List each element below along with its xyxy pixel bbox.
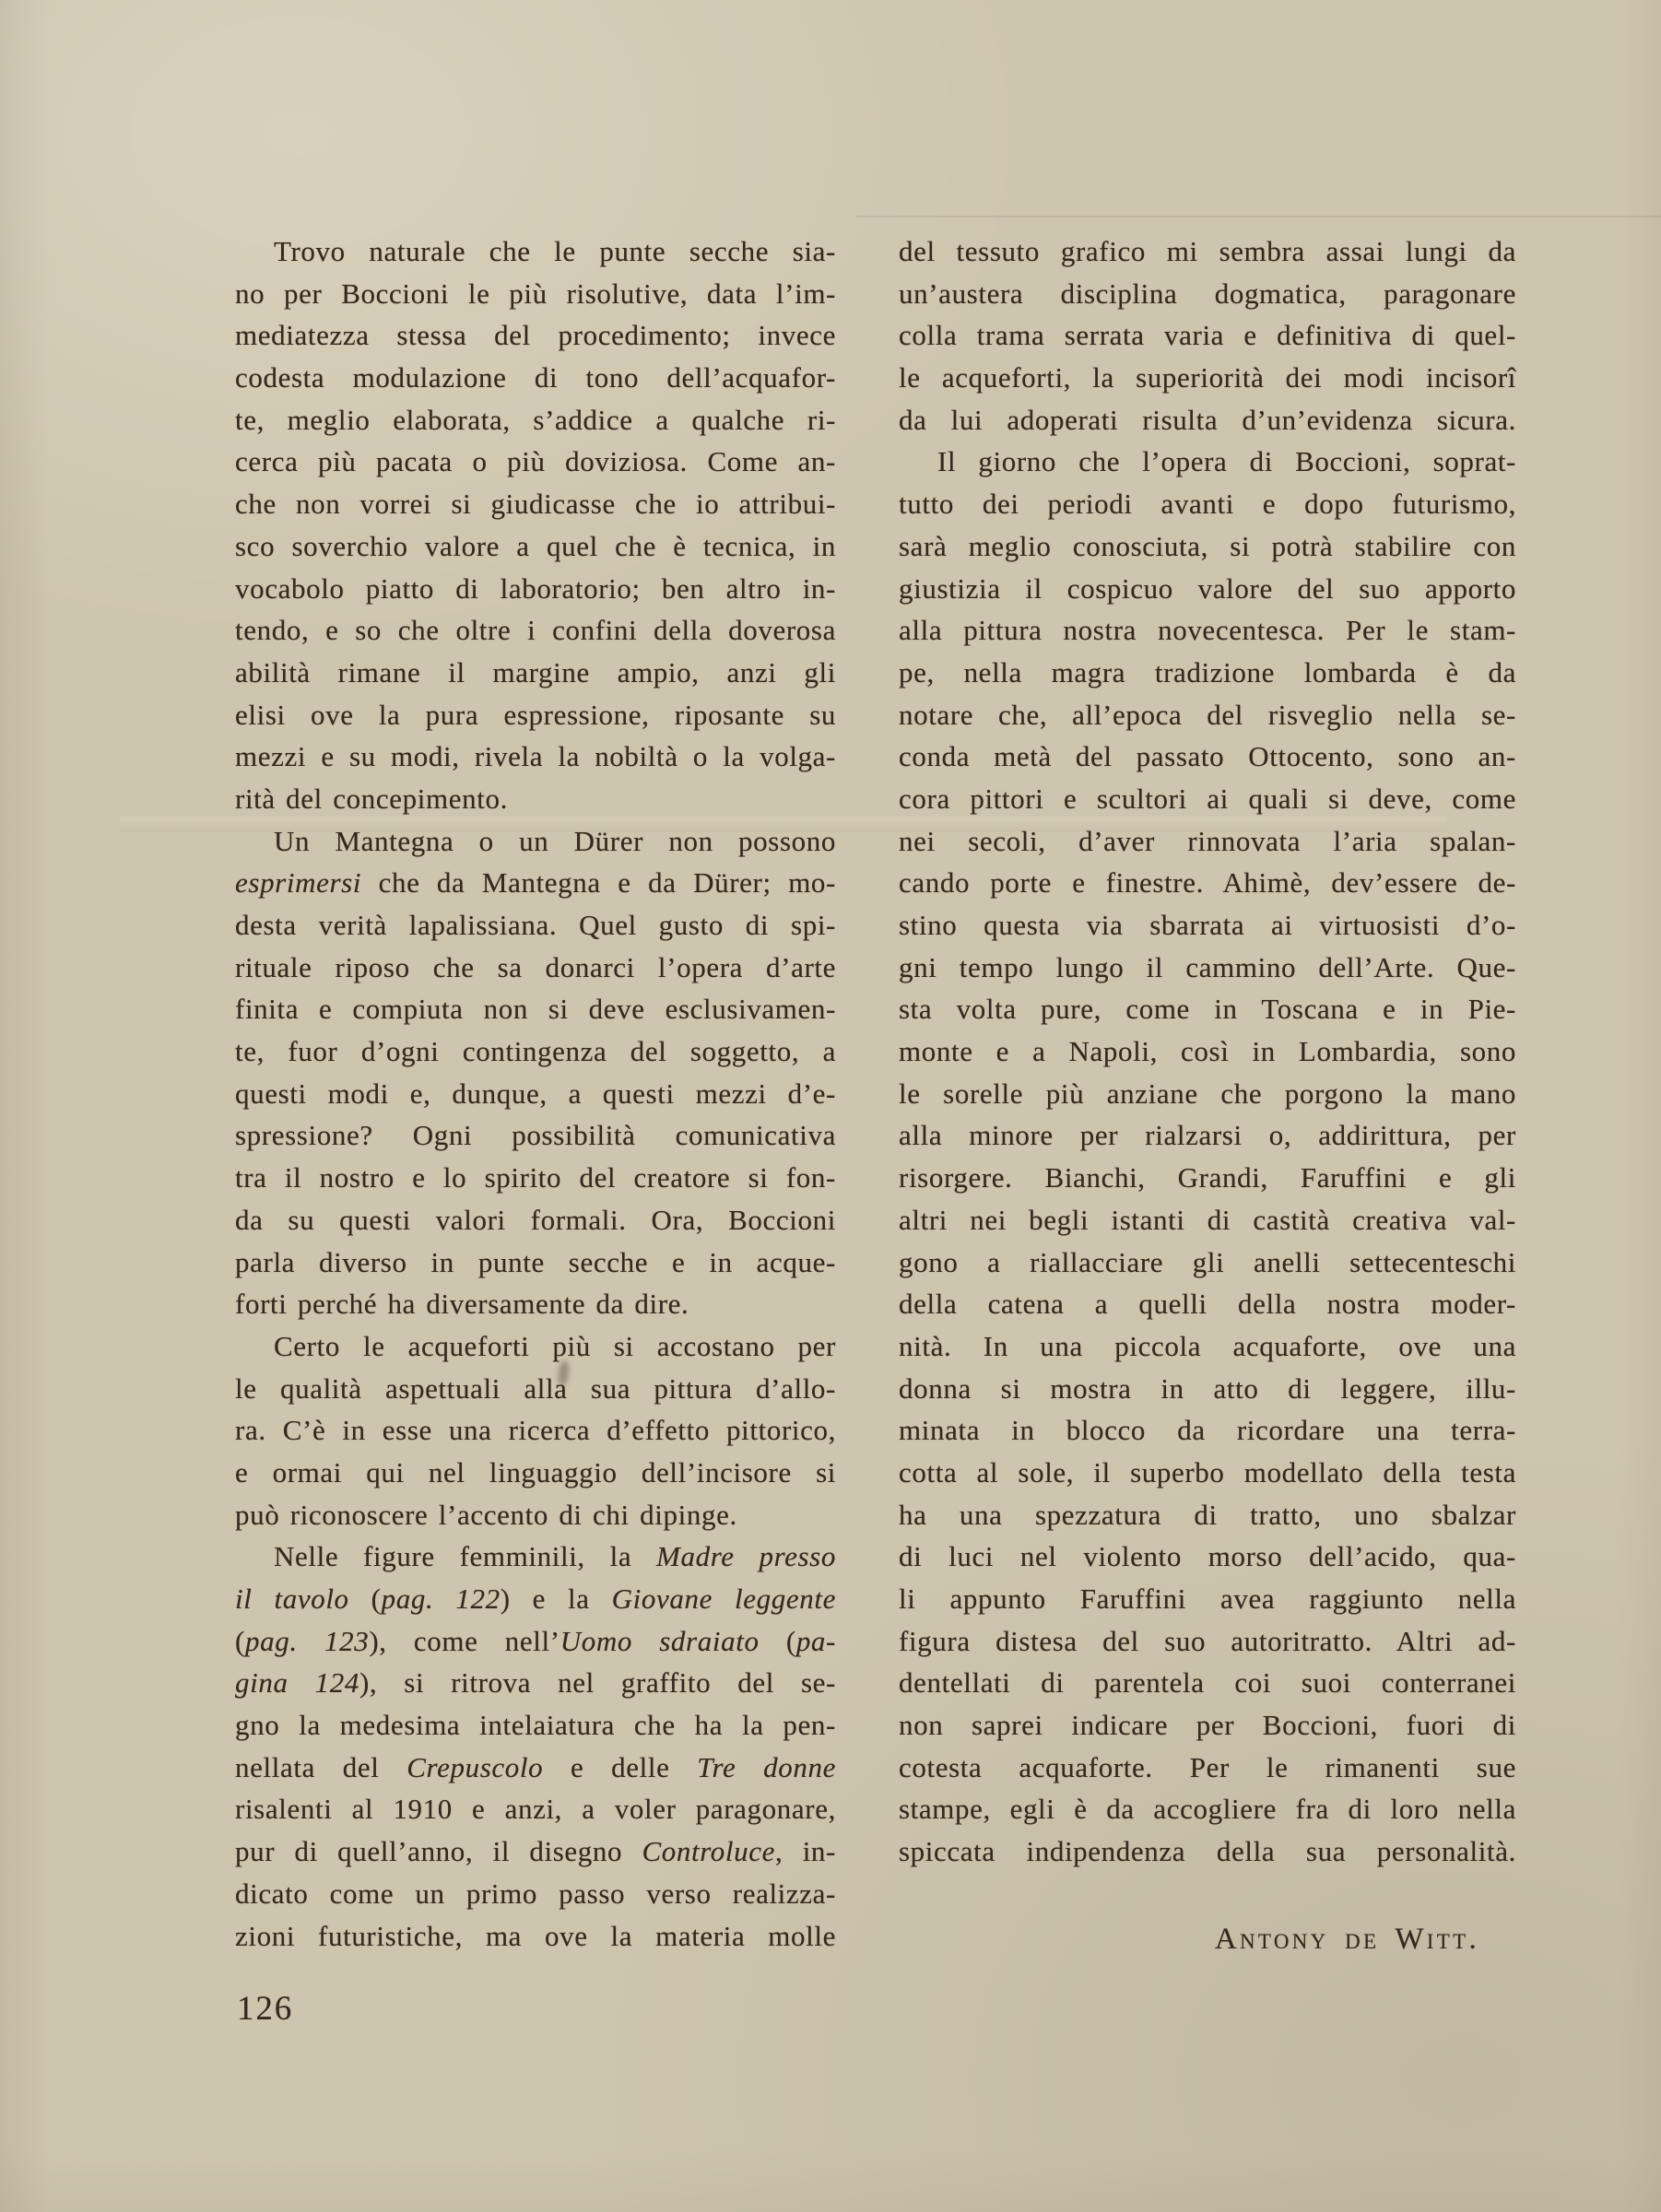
text-segment: conda metà del passato Ottocento, sono a… — [899, 740, 1516, 772]
text-segment: può riconoscere l’accento di chi dipinge… — [235, 1499, 737, 1531]
text-segment: mezzi e su modi, rivela la nobiltà o la … — [235, 740, 836, 772]
text-segment: ha una spezzatura di tratto, uno sbalzar — [899, 1499, 1516, 1531]
text-segment: le acqueforti, la superiorità dei modi i… — [899, 361, 1516, 394]
text-segment: spiccata indipendenza della sua personal… — [899, 1835, 1516, 1867]
text-segment: elisi ove la pura espressione, riposante… — [235, 699, 836, 731]
text-segment: della catena a quelli della nostra moder… — [899, 1288, 1516, 1320]
text-line: non saprei indicare per Boccioni, fuori … — [899, 1704, 1516, 1747]
column-right-lines: del tessuto grafico mi sembra assai lung… — [899, 230, 1516, 1873]
text-line: ha una spezzatura di tratto, uno sbalzar — [899, 1494, 1516, 1536]
text-segment: pe, nella magra tradizione lombarda è da — [899, 656, 1516, 688]
text-segment: alla minore per rialzarsi o, addirittura… — [899, 1119, 1516, 1151]
text-line: parla diverso in punte secche e in acque… — [235, 1241, 836, 1284]
text-line: di luci nel violento morso dell’acido, q… — [899, 1535, 1516, 1578]
text-column-right: del tessuto grafico mi sembra assai lung… — [899, 230, 1516, 1961]
text-segment: e ormai qui nel linguaggio dell’incisore… — [235, 1456, 836, 1488]
paper-crease-top — [855, 216, 1661, 218]
text-segment: Nelle figure femminili, la — [274, 1540, 656, 1572]
text-line: notare che, all’epoca del risveglio nell… — [899, 694, 1516, 736]
text-line: pur di quell’anno, il disegno Controluce… — [235, 1830, 836, 1873]
text-segment: non saprei indicare per Boccioni, fuori … — [899, 1709, 1516, 1741]
text-line: li appunto Faruffini avea raggiunto nell… — [899, 1578, 1516, 1620]
text-line: da lui adoperati risulta d’un’evidenza s… — [899, 399, 1516, 441]
text-segment: , in- — [775, 1835, 836, 1867]
text-segment: ( — [760, 1625, 796, 1657]
text-segment: nità. In una piccola acquaforte, ove una — [899, 1330, 1516, 1362]
text-column-left: Trovo naturale che le punte secche sia-n… — [235, 230, 836, 1957]
text-line: zioni futuristiche, ma ove la materia mo… — [235, 1915, 836, 1958]
text-segment: ), si ritrova nel graffito del se- — [359, 1666, 836, 1699]
text-segment: le qualità aspettuali alla sua pittura d… — [235, 1372, 836, 1405]
text-segment: pag. 122 — [382, 1583, 501, 1615]
text-line: alla pittura nostra novecentesca. Per le… — [899, 609, 1516, 652]
text-line: rità del concepimento. — [235, 778, 836, 820]
text-segment: esprimersi — [235, 866, 361, 899]
text-segment: le sorelle più anziane che porgono la ma… — [899, 1077, 1516, 1110]
text-segment: nei secoli, d’aver rinnovata l’aria spal… — [899, 825, 1516, 857]
text-segment: tendo, e so che oltre i confini della do… — [235, 614, 836, 646]
text-segment: rità del concepimento. — [235, 782, 508, 815]
text-line: te, fuor d’ogni contingenza del soggetto… — [235, 1030, 836, 1073]
text-line: figura distesa del suo autoritratto. Alt… — [899, 1620, 1516, 1663]
text-line: minata in blocco da ricordare una terra- — [899, 1409, 1516, 1452]
text-line: monte e a Napoli, così in Lombardia, son… — [899, 1030, 1516, 1073]
text-line: le acqueforti, la superiorità dei modi i… — [899, 357, 1516, 399]
text-line: finita e compiuta non si deve esclusivam… — [235, 988, 836, 1030]
text-segment: minata in blocco da ricordare una terra- — [899, 1414, 1516, 1446]
scanned-book-page: Trovo naturale che le punte secche sia-n… — [0, 0, 1661, 2212]
text-line: (pag. 123), come nell’Uomo sdraiato (pa- — [235, 1620, 836, 1663]
text-segment: da lui adoperati risulta d’un’evidenza s… — [899, 404, 1516, 436]
text-segment: giustizia il cospicuo valore del suo app… — [899, 572, 1516, 605]
text-segment: ra. C’è in esse una ricerca d’effetto pi… — [235, 1414, 836, 1446]
text-line: sco soverchio valore a quel che è tecnic… — [235, 525, 836, 568]
text-line: stampe, egli è da accogliere fra di loro… — [899, 1788, 1516, 1830]
text-segment: risorgere. Bianchi, Grandi, Faruffini e … — [899, 1161, 1516, 1194]
text-segment: Controluce — [642, 1835, 775, 1867]
text-line: che non vorrei si giudicasse che io attr… — [235, 483, 836, 525]
text-segment: nellata del — [235, 1751, 406, 1783]
text-line: conda metà del passato Ottocento, sono a… — [899, 735, 1516, 778]
author-signature: Antony de Witt. — [899, 1919, 1516, 1961]
text-segment: Trovo naturale che le punte secche sia- — [274, 235, 836, 267]
text-line: desta verità lapalissiana. Quel gusto di… — [235, 904, 836, 947]
text-segment: ) e la — [501, 1583, 612, 1615]
text-line: cora pittori e scultori ai quali si deve… — [899, 778, 1516, 820]
text-line: cotesta acquaforte. Per le rimanenti sue — [899, 1747, 1516, 1789]
text-segment: questi modi e, dunque, a questi mezzi d’… — [235, 1077, 836, 1110]
text-line: gono a riallacciare gli anelli settecent… — [899, 1241, 1516, 1284]
text-line: gno la medesima intelaiatura che ha la p… — [235, 1704, 836, 1747]
text-line: tendo, e so che oltre i confini della do… — [235, 609, 836, 652]
text-segment: cora pittori e scultori ai quali si deve… — [899, 782, 1516, 815]
text-segment: del tessuto grafico mi sembra assai lung… — [899, 235, 1516, 267]
text-segment: parla diverso in punte secche e in acque… — [235, 1246, 836, 1278]
text-line: risorgere. Bianchi, Grandi, Faruffini e … — [899, 1157, 1516, 1199]
text-segment: codesta modulazione di tono dell’acquafo… — [235, 361, 836, 394]
text-segment: li appunto Faruffini avea raggiunto nell… — [899, 1583, 1516, 1615]
text-segment: ), come nell’ — [369, 1625, 560, 1657]
text-segment: cotesta acquaforte. Per le rimanenti sue — [899, 1751, 1516, 1783]
text-segment: un’austera disciplina dogmatica, paragon… — [899, 277, 1516, 310]
text-segment: finita e compiuta non si deve esclusivam… — [235, 993, 836, 1025]
text-segment: Il giorno che l’opera di Boccioni, sopra… — [937, 445, 1516, 477]
text-segment: Tre donne — [697, 1751, 836, 1783]
text-line: esprimersi che da Mantegna e da Dürer; m… — [235, 862, 836, 904]
text-line: cotta al sole, il superbo modellato dell… — [899, 1452, 1516, 1494]
text-line: sta volta pure, come in Toscana e in Pie… — [899, 988, 1516, 1030]
text-line: altri nei begli istanti di castità creat… — [899, 1199, 1516, 1241]
text-segment: notare che, all’epoca del risveglio nell… — [899, 699, 1516, 731]
text-segment: mediatezza stessa del procedimento; inve… — [235, 319, 836, 351]
text-segment: altri nei begli istanti di castità creat… — [899, 1204, 1516, 1236]
text-segment: zioni futuristiche, ma ove la materia mo… — [235, 1920, 836, 1952]
text-line: ra. C’è in esse una ricerca d’effetto pi… — [235, 1409, 836, 1452]
text-line: tutto dei periodi avanti e dopo futurism… — [899, 483, 1516, 525]
text-segment: tutto dei periodi avanti e dopo futurism… — [899, 488, 1516, 520]
text-line: e ormai qui nel linguaggio dell’incisore… — [235, 1452, 836, 1494]
text-segment: te, fuor d’ogni contingenza del soggetto… — [235, 1035, 836, 1067]
text-segment: cotta al sole, il superbo modellato dell… — [899, 1456, 1516, 1488]
text-line: rituale riposo che sa donarci l’opera d’… — [235, 947, 836, 989]
text-segment: no per Boccioni le più risolutive, data … — [235, 277, 836, 310]
text-segment: e delle — [543, 1751, 697, 1783]
text-segment: ( — [349, 1583, 382, 1615]
text-line: giustizia il cospicuo valore del suo app… — [899, 568, 1516, 610]
text-segment: forti perché ha diversamente da dire. — [235, 1288, 689, 1320]
text-line: forti perché ha diversamente da dire. — [235, 1283, 836, 1325]
text-segment: sarà meglio conosciuta, si potrà stabili… — [899, 530, 1516, 562]
text-line: elisi ove la pura espressione, riposante… — [235, 694, 836, 736]
text-segment: alla pittura nostra novecentesca. Per le… — [899, 614, 1516, 646]
text-segment: che non vorrei si giudicasse che io attr… — [235, 488, 836, 520]
text-line: risalenti al 1910 e anzi, a voler parago… — [235, 1788, 836, 1830]
text-segment: gni tempo lungo il cammino dell’Arte. Qu… — [899, 951, 1516, 983]
text-line: abilità rimane il margine ampio, anzi gl… — [235, 652, 836, 694]
text-segment: gono a riallacciare gli anelli settecent… — [899, 1246, 1516, 1278]
text-line: cando porte e finestre. Ahimè, dev’esser… — [899, 862, 1516, 904]
text-segment: figura distesa del suo autoritratto. Alt… — [899, 1625, 1516, 1657]
text-segment: da su questi valori formali. Ora, Boccio… — [235, 1204, 836, 1236]
text-segment: che da Mantegna e da Dürer; mo- — [361, 866, 836, 899]
text-line: Nelle figure femminili, la Madre presso — [235, 1535, 836, 1578]
text-segment: pa- — [796, 1625, 836, 1657]
text-segment: Giovane leggente — [612, 1583, 836, 1615]
text-segment: Certo le acqueforti più si accostano per — [274, 1330, 836, 1362]
text-segment: abilità rimane il margine ampio, anzi gl… — [235, 656, 836, 688]
text-segment: pur di quell’anno, il disegno — [235, 1835, 642, 1867]
text-segment: colla trama serrata varia e definitiva d… — [899, 319, 1516, 351]
text-line: Un Mantegna o un Dürer non possono — [235, 820, 836, 863]
text-line: un’austera disciplina dogmatica, paragon… — [899, 273, 1516, 315]
text-segment: dentellati di parentela coi suoi conterr… — [899, 1666, 1516, 1699]
text-line: dicato come un primo passo verso realizz… — [235, 1873, 836, 1915]
text-segment: pag. 123 — [245, 1625, 369, 1657]
text-segment: sco soverchio valore a quel che è tecnic… — [235, 530, 836, 562]
text-line: sarà meglio conosciuta, si potrà stabili… — [899, 525, 1516, 568]
text-line: della catena a quelli della nostra moder… — [899, 1283, 1516, 1325]
text-line: te, meglio elaborata, s’addice a qualche… — [235, 399, 836, 441]
text-line: spiccata indipendenza della sua personal… — [899, 1830, 1516, 1873]
text-line: spressione? Ogni possibilità comunicativ… — [235, 1114, 836, 1157]
column-left-lines: Trovo naturale che le punte secche sia-n… — [235, 230, 836, 1957]
text-segment: tra il nostro e lo spirito del creatore … — [235, 1161, 836, 1194]
text-segment: vocabolo piatto di laboratorio; ben altr… — [235, 572, 836, 605]
text-line: può riconoscere l’accento di chi dipinge… — [235, 1494, 836, 1536]
text-segment: te, meglio elaborata, s’addice a qualche… — [235, 404, 836, 436]
text-line: dentellati di parentela coi suoi conterr… — [899, 1662, 1516, 1704]
text-line: nei secoli, d’aver rinnovata l’aria spal… — [899, 820, 1516, 863]
text-line: gni tempo lungo il cammino dell’Arte. Qu… — [899, 947, 1516, 989]
text-line: tra il nostro e lo spirito del creatore … — [235, 1157, 836, 1199]
text-segment: gno la medesima intelaiatura che ha la p… — [235, 1709, 836, 1741]
text-line: vocabolo piatto di laboratorio; ben altr… — [235, 568, 836, 610]
text-line: nellata del Crepuscolo e delle Tre donne — [235, 1747, 836, 1789]
text-segment: spressione? Ogni possibilità comunicativ… — [235, 1119, 836, 1151]
text-line: mezzi e su modi, rivela la nobiltà o la … — [235, 735, 836, 778]
text-segment: Un Mantegna o un Dürer non possono — [274, 825, 836, 857]
text-segment: rituale riposo che sa donarci l’opera d’… — [235, 951, 836, 983]
text-line: donna si mostra in atto di leggere, illu… — [899, 1368, 1516, 1410]
text-segment: cando porte e finestre. Ahimè, dev’esser… — [899, 866, 1516, 899]
text-line: stino questa via sbarrata ai virtuosisti… — [899, 904, 1516, 947]
text-line: alla minore per rialzarsi o, addirittura… — [899, 1114, 1516, 1157]
text-line: Il giorno che l’opera di Boccioni, sopra… — [899, 441, 1516, 483]
text-segment: gina 124 — [235, 1666, 359, 1699]
text-line: cerca più pacata o più doviziosa. Come a… — [235, 441, 836, 483]
text-line: colla trama serrata varia e definitiva d… — [899, 314, 1516, 357]
text-segment: Uomo sdraiato — [560, 1625, 760, 1657]
page-number: 126 — [237, 1989, 293, 2029]
text-segment: dicato come un primo passo verso realizz… — [235, 1877, 836, 1910]
text-segment: il tavolo — [235, 1583, 349, 1615]
text-line: Trovo naturale che le punte secche sia- — [235, 230, 836, 273]
text-line: codesta modulazione di tono dell’acquafo… — [235, 357, 836, 399]
text-line: le qualità aspettuali alla sua pittura d… — [235, 1368, 836, 1410]
text-segment: Crepuscolo — [406, 1751, 543, 1783]
text-line: pe, nella magra tradizione lombarda è da — [899, 652, 1516, 694]
text-line: mediatezza stessa del procedimento; inve… — [235, 314, 836, 357]
text-line: le sorelle più anziane che porgono la ma… — [899, 1073, 1516, 1115]
text-segment: ( — [235, 1625, 245, 1657]
text-line: del tessuto grafico mi sembra assai lung… — [899, 230, 1516, 273]
text-line: il tavolo (pag. 122) e la Giovane leggen… — [235, 1578, 836, 1620]
text-line: no per Boccioni le più risolutive, data … — [235, 273, 836, 315]
text-segment: sta volta pure, come in Toscana e in Pie… — [899, 993, 1516, 1025]
text-line: Certo le acqueforti più si accostano per — [235, 1325, 836, 1368]
text-segment: stampe, egli è da accogliere fra di loro… — [899, 1793, 1516, 1825]
text-line: da su questi valori formali. Ora, Boccio… — [235, 1199, 836, 1241]
text-segment: cerca più pacata o più doviziosa. Come a… — [235, 445, 836, 477]
text-segment: donna si mostra in atto di leggere, illu… — [899, 1372, 1516, 1405]
text-segment: desta verità lapalissiana. Quel gusto di… — [235, 909, 836, 941]
text-line: nità. In una piccola acquaforte, ove una — [899, 1325, 1516, 1368]
text-segment: risalenti al 1910 e anzi, a voler parago… — [235, 1793, 836, 1825]
text-segment: Madre presso — [656, 1540, 836, 1572]
text-segment: monte e a Napoli, così in Lombardia, son… — [899, 1035, 1516, 1067]
text-segment: stino questa via sbarrata ai virtuosisti… — [899, 909, 1516, 941]
text-segment: di luci nel violento morso dell’acido, q… — [899, 1540, 1516, 1572]
text-line: gina 124), si ritrova nel graffito del s… — [235, 1662, 836, 1704]
text-line: questi modi e, dunque, a questi mezzi d’… — [235, 1073, 836, 1115]
